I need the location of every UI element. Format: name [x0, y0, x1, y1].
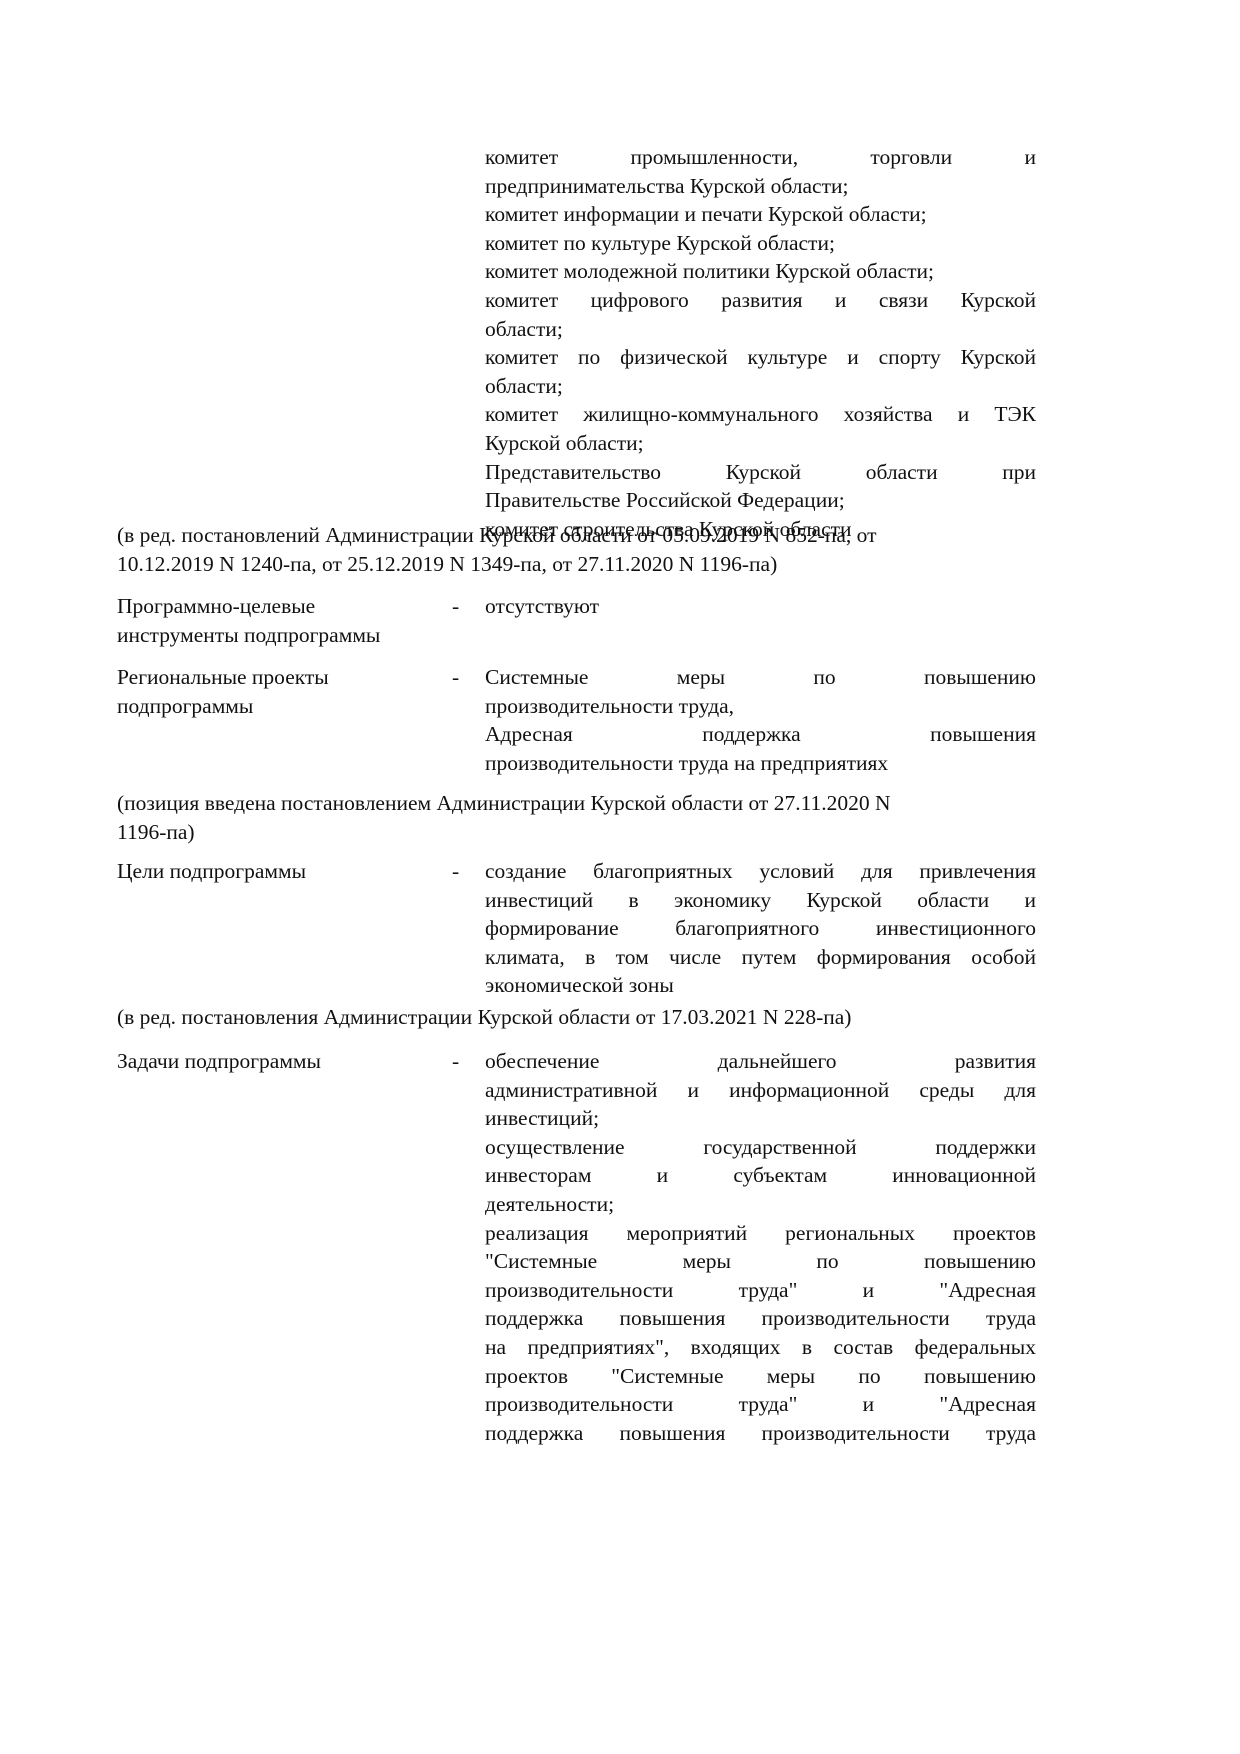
executor-line: комитет по культуре Курской области; [485, 229, 1036, 258]
row-dash: - [452, 857, 459, 886]
row-label: Задачи подпрограммы [117, 1047, 437, 1076]
amendment-note-1: (в ред. постановлений Администрации Курс… [117, 521, 1036, 578]
row-value-line: производительности труда, [485, 692, 1036, 721]
executor-line: области; [485, 315, 1036, 344]
executor-line: предпринимательства Курской области; [485, 172, 1036, 201]
row-value-line: создание благоприятных условий для привл… [485, 857, 1036, 886]
executor-line: комитет цифрового развития и связи Курск… [485, 286, 1036, 315]
row-value-line: Системные меры по повышению [485, 663, 1036, 692]
row-label: Цели подпрограммы [117, 857, 437, 886]
amendment-note-2: (позиция введена постановлением Админист… [117, 789, 1036, 846]
row-label-line: подпрограммы [117, 692, 437, 721]
note-line: (позиция введена постановлением Админист… [117, 789, 1036, 818]
row-value-line: формирование благоприятного инвестиционн… [485, 914, 1036, 943]
executors-list-continuation: комитет промышленности, торговли ипредпр… [485, 143, 1036, 543]
row-value-line: отсутствуют [485, 592, 1036, 621]
executor-line: Правительстве Российской Федерации; [485, 486, 1036, 515]
row-value-line: Адресная поддержка повышения [485, 720, 1036, 749]
row-dash: - [452, 663, 459, 692]
row-value-line: поддержка повышения производительности т… [485, 1304, 1036, 1333]
executor-line: Курской области; [485, 429, 1036, 458]
executor-line: Представительство Курской области при [485, 458, 1036, 487]
executor-line: области; [485, 372, 1036, 401]
row-value-line: проектов "Системные меры по повышению [485, 1362, 1036, 1391]
row-label-line: Цели подпрограммы [117, 857, 437, 886]
executor-line: комитет молодежной политики Курской обла… [485, 257, 1036, 286]
row-label: Региональные проектыподпрограммы [117, 663, 437, 720]
row-value-line: на предприятиях", входящих в состав феде… [485, 1333, 1036, 1362]
row-dash: - [452, 1047, 459, 1076]
note-line: 10.12.2019 N 1240-па, от 25.12.2019 N 13… [117, 550, 1036, 579]
executor-line: комитет по физической культуре и спорту … [485, 343, 1036, 372]
row-value: обеспечение дальнейшего развитияадминист… [485, 1047, 1036, 1447]
row-value-line: обеспечение дальнейшего развития [485, 1047, 1036, 1076]
row-value-line: климата, в том числе путем формирования … [485, 943, 1036, 972]
executor-line: комитет промышленности, торговли и [485, 143, 1036, 172]
row-value-line: "Системные меры по повышению [485, 1247, 1036, 1276]
row-value-line: инвестиций в экономику Курской области и [485, 886, 1036, 915]
row-value-line: деятельности; [485, 1190, 1036, 1219]
amendment-note-3: (в ред. постановления Администрации Курс… [117, 1003, 1036, 1032]
note-line: (в ред. постановления Администрации Курс… [117, 1003, 1036, 1032]
note-line: (в ред. постановлений Администрации Курс… [117, 521, 1036, 550]
executor-line: комитет жилищно-коммунального хозяйства … [485, 400, 1036, 429]
row-value: отсутствуют [485, 592, 1036, 621]
row-label-line: Задачи подпрограммы [117, 1047, 437, 1076]
row-value: создание благоприятных условий для привл… [485, 857, 1036, 1000]
row-value: Системные меры по повышениюпроизводитель… [485, 663, 1036, 777]
row-label-line: Программно-целевые [117, 592, 437, 621]
document-page: комитет промышленности, торговли ипредпр… [0, 0, 1240, 1754]
row-label-line: инструменты подпрограммы [117, 621, 437, 650]
row-value-line: производительности труда" и "Адресная [485, 1390, 1036, 1419]
row-value-line: реализация мероприятий региональных прое… [485, 1219, 1036, 1248]
row-dash: - [452, 592, 459, 621]
row-value-line: административной и информационной среды … [485, 1076, 1036, 1105]
row-value-line: инвесторам и субъектам инновационной [485, 1161, 1036, 1190]
row-label-line: Региональные проекты [117, 663, 437, 692]
row-value-line: инвестиций; [485, 1104, 1036, 1133]
row-value-line: производительности труда" и "Адресная [485, 1276, 1036, 1305]
executor-line: комитет информации и печати Курской обла… [485, 200, 1036, 229]
row-label: Программно-целевыеинструменты подпрограм… [117, 592, 437, 649]
row-value-line: экономической зоны [485, 971, 1036, 1000]
row-value-line: производительности труда на предприятиях [485, 749, 1036, 778]
row-value-line: поддержка повышения производительности т… [485, 1419, 1036, 1448]
row-value-line: осуществление государственной поддержки [485, 1133, 1036, 1162]
note-line: 1196-па) [117, 818, 1036, 847]
